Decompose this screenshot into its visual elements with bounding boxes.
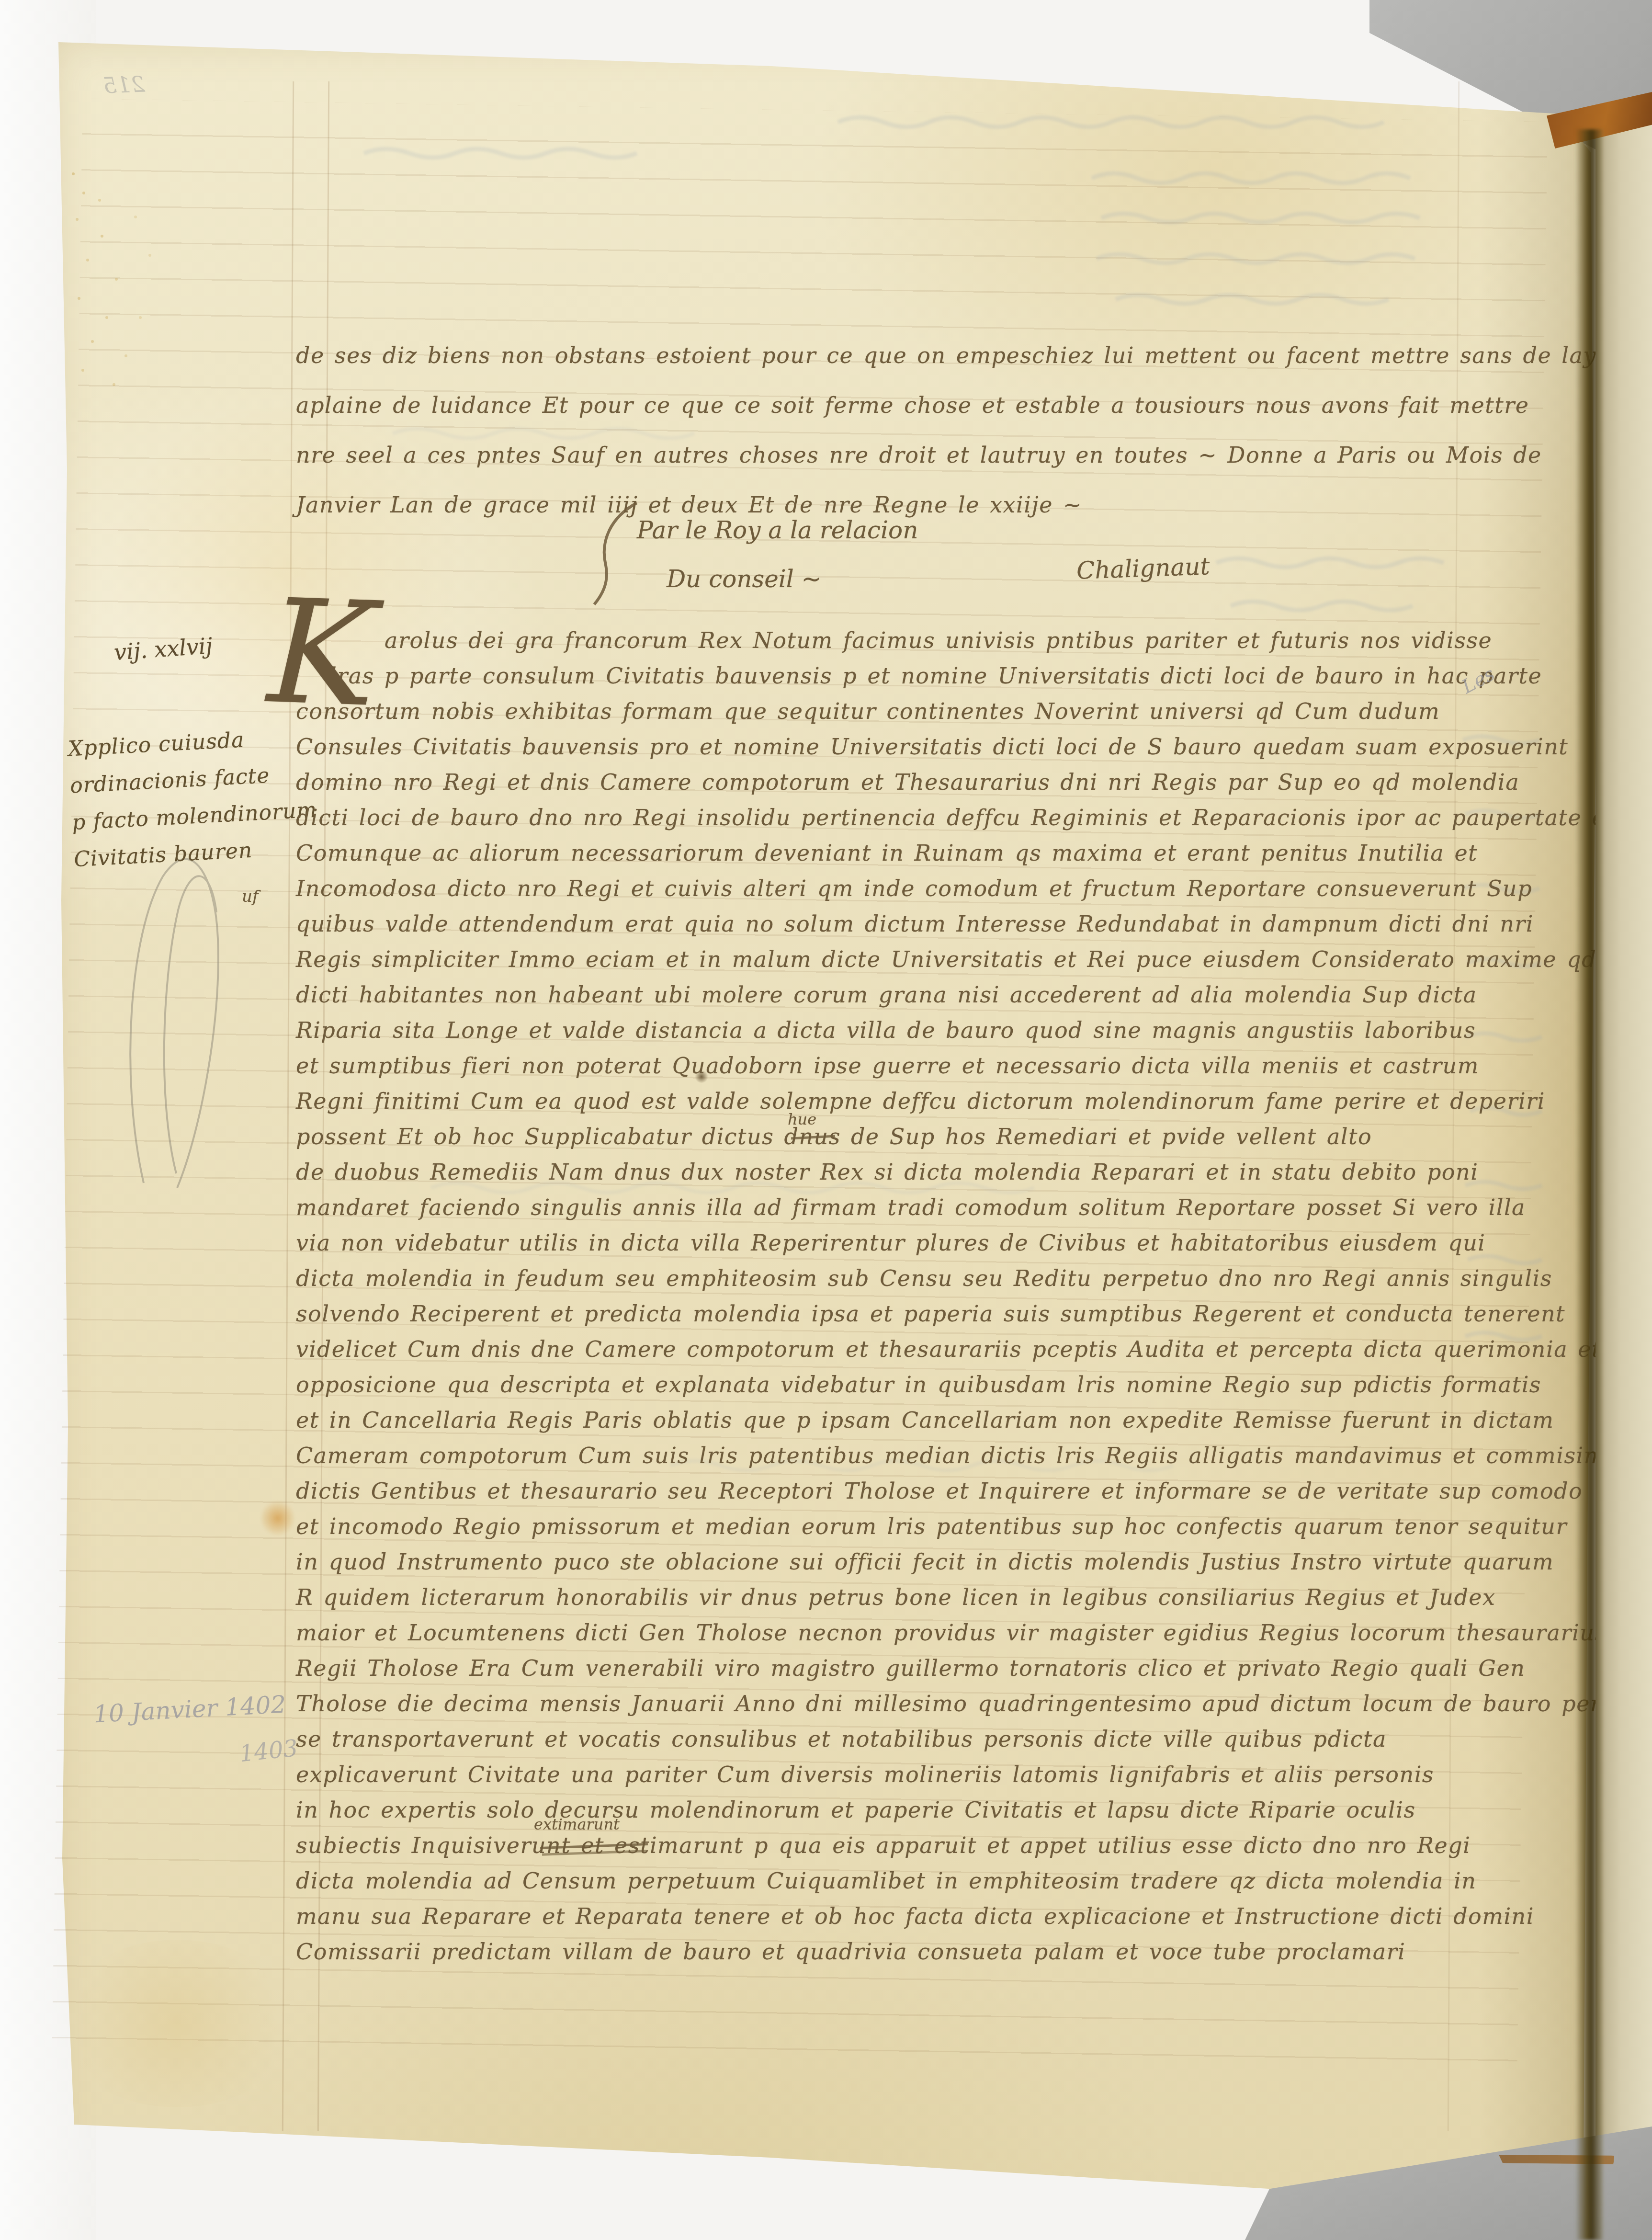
manuscript-line: et in Cancellaria Regis Paris oblatis qu… xyxy=(296,1402,1652,1438)
manuscript-line: opposicione qua descripta et explanata v… xyxy=(296,1367,1652,1402)
manuscript-line: Regni finitimi Cum ea quod est valde sol… xyxy=(296,1083,1652,1119)
manuscript-line: solvendo Reciperent et predicta molendia… xyxy=(296,1296,1652,1331)
manuscript-line: via non videbatur utilis in dicta villa … xyxy=(296,1225,1652,1261)
manuscript-line: dicti habitantes non habeant ubi molere … xyxy=(296,977,1652,1012)
manuscript-line: Comunque ac aliorum necessariorum deveni… xyxy=(296,835,1652,871)
manuscript-line: et sumptibus fieri non poterat Quadoborn… xyxy=(296,1048,1652,1083)
manuscript-line: dictis Gentibus et thesaurario seu Recep… xyxy=(296,1473,1652,1509)
manuscript-line: dicti loci de bauro dno nro Regi insolid… xyxy=(296,800,1652,835)
facing-page-edge xyxy=(1595,114,1652,2240)
manuscript-line: Regis simpliciter Immo eciam et in malum… xyxy=(296,942,1652,977)
manuscript-line: maior et Locumtenens dicti Gen Tholose n… xyxy=(296,1615,1652,1650)
manuscript-line: de duobus Remediis Nam dnus dux noster R… xyxy=(296,1154,1652,1190)
manuscript-line: et incomodo Regio pmissorum et median eo… xyxy=(296,1509,1652,1544)
manuscript-line: arolus dei gra francorum Rex Notum facim… xyxy=(385,623,1652,658)
manuscript-line: subiectis Inquisiverunt et estimarunt p … xyxy=(296,1828,1652,1863)
binding-gutter-shadow xyxy=(1575,129,1603,2240)
manuscript-line: de ses diz biens non obstans estoient po… xyxy=(296,330,1596,380)
manuscript-line: manu sua Reparare et Reparata tenere et … xyxy=(296,1899,1652,1934)
manuscript-line: Tholose die decima mensis Januarii Anno … xyxy=(296,1686,1652,1721)
heading-du-conseil: Du conseil ~ xyxy=(667,565,822,593)
closing-paragraph: de ses diz biens non obstans estoient po… xyxy=(296,330,1596,530)
manuscript-line: nre seel a ces pntes Sauf en autres chos… xyxy=(296,430,1596,480)
manuscript-line: Janvier Lan de grace mil iiij et deux Et… xyxy=(296,480,1596,530)
manuscript-line: Comissarii predictam villam de bauro et … xyxy=(296,1934,1652,1969)
manuscript-line: aplaine de luidance Et pour ce que ce so… xyxy=(296,380,1596,430)
main-text-block: arolus dei gra francorum Rex Notum facim… xyxy=(296,623,1652,1969)
interlinear-correction: extimarunt xyxy=(534,1815,620,1833)
manuscript-line: Consules Civitatis bauvensis pro et nomi… xyxy=(296,729,1652,764)
manuscript-line: Riparia sita Longe et valde distancia a … xyxy=(296,1012,1652,1048)
paraph-flourish xyxy=(591,498,658,608)
manuscript-line: quibus valde attendendum erat quia no so… xyxy=(296,906,1652,942)
manuscript-line: videlicet Cum dnis dne Camere compotorum… xyxy=(296,1331,1652,1367)
manuscript-line: consortum nobis exhibitas formam que seq… xyxy=(296,694,1652,729)
manuscript-line: Incomodosa dicto nro Regi et cuivis alte… xyxy=(296,871,1652,906)
manuscript-line: Regii Tholose Era Cum venerabili viro ma… xyxy=(296,1650,1652,1686)
manuscript-line: in quod Instrumento puco ste oblacione s… xyxy=(296,1544,1652,1580)
margin-rubric-note: Xpplico cuiusdaordinacionis factep facto… xyxy=(67,718,320,878)
manuscript-line: lras p parte consulum Civitatis bauvensi… xyxy=(329,658,1652,694)
manuscript-line: dicta molendia in feudum seu emphiteosim… xyxy=(296,1261,1652,1296)
manuscript-line: R quidem licterarum honorabilis vir dnus… xyxy=(296,1580,1652,1615)
clerk-signature: Chalignaut xyxy=(1076,552,1210,585)
interlinear-correction: hue xyxy=(788,1110,816,1128)
manuscript-line: dicta molendia ad Censum perpetuum Cuiqu… xyxy=(296,1863,1652,1899)
manuscript-line: Cameram compotorum Cum suis lris patenti… xyxy=(296,1438,1652,1473)
manuscript-line: domino nro Regi et dnis Camere compotoru… xyxy=(296,764,1652,800)
heading-par-le-roy: Par le Roy a la relacion xyxy=(637,516,918,544)
margin-ink-mark: uf xyxy=(242,887,258,906)
manuscript-line: explicaverunt Civitate una pariter Cum d… xyxy=(296,1757,1652,1792)
manuscript-line: mandaret faciendo singulis annis illa ad… xyxy=(296,1190,1652,1225)
manuscript-line: in hoc expertis solo decursu molendinoru… xyxy=(296,1792,1652,1828)
manuscript-line: se transportaverunt et vocatis consulibu… xyxy=(296,1721,1652,1757)
drop-cap-initial: K xyxy=(266,580,378,728)
manuscript-line: possent Et ob hoc Supplicabatur dictus d… xyxy=(296,1119,1652,1154)
